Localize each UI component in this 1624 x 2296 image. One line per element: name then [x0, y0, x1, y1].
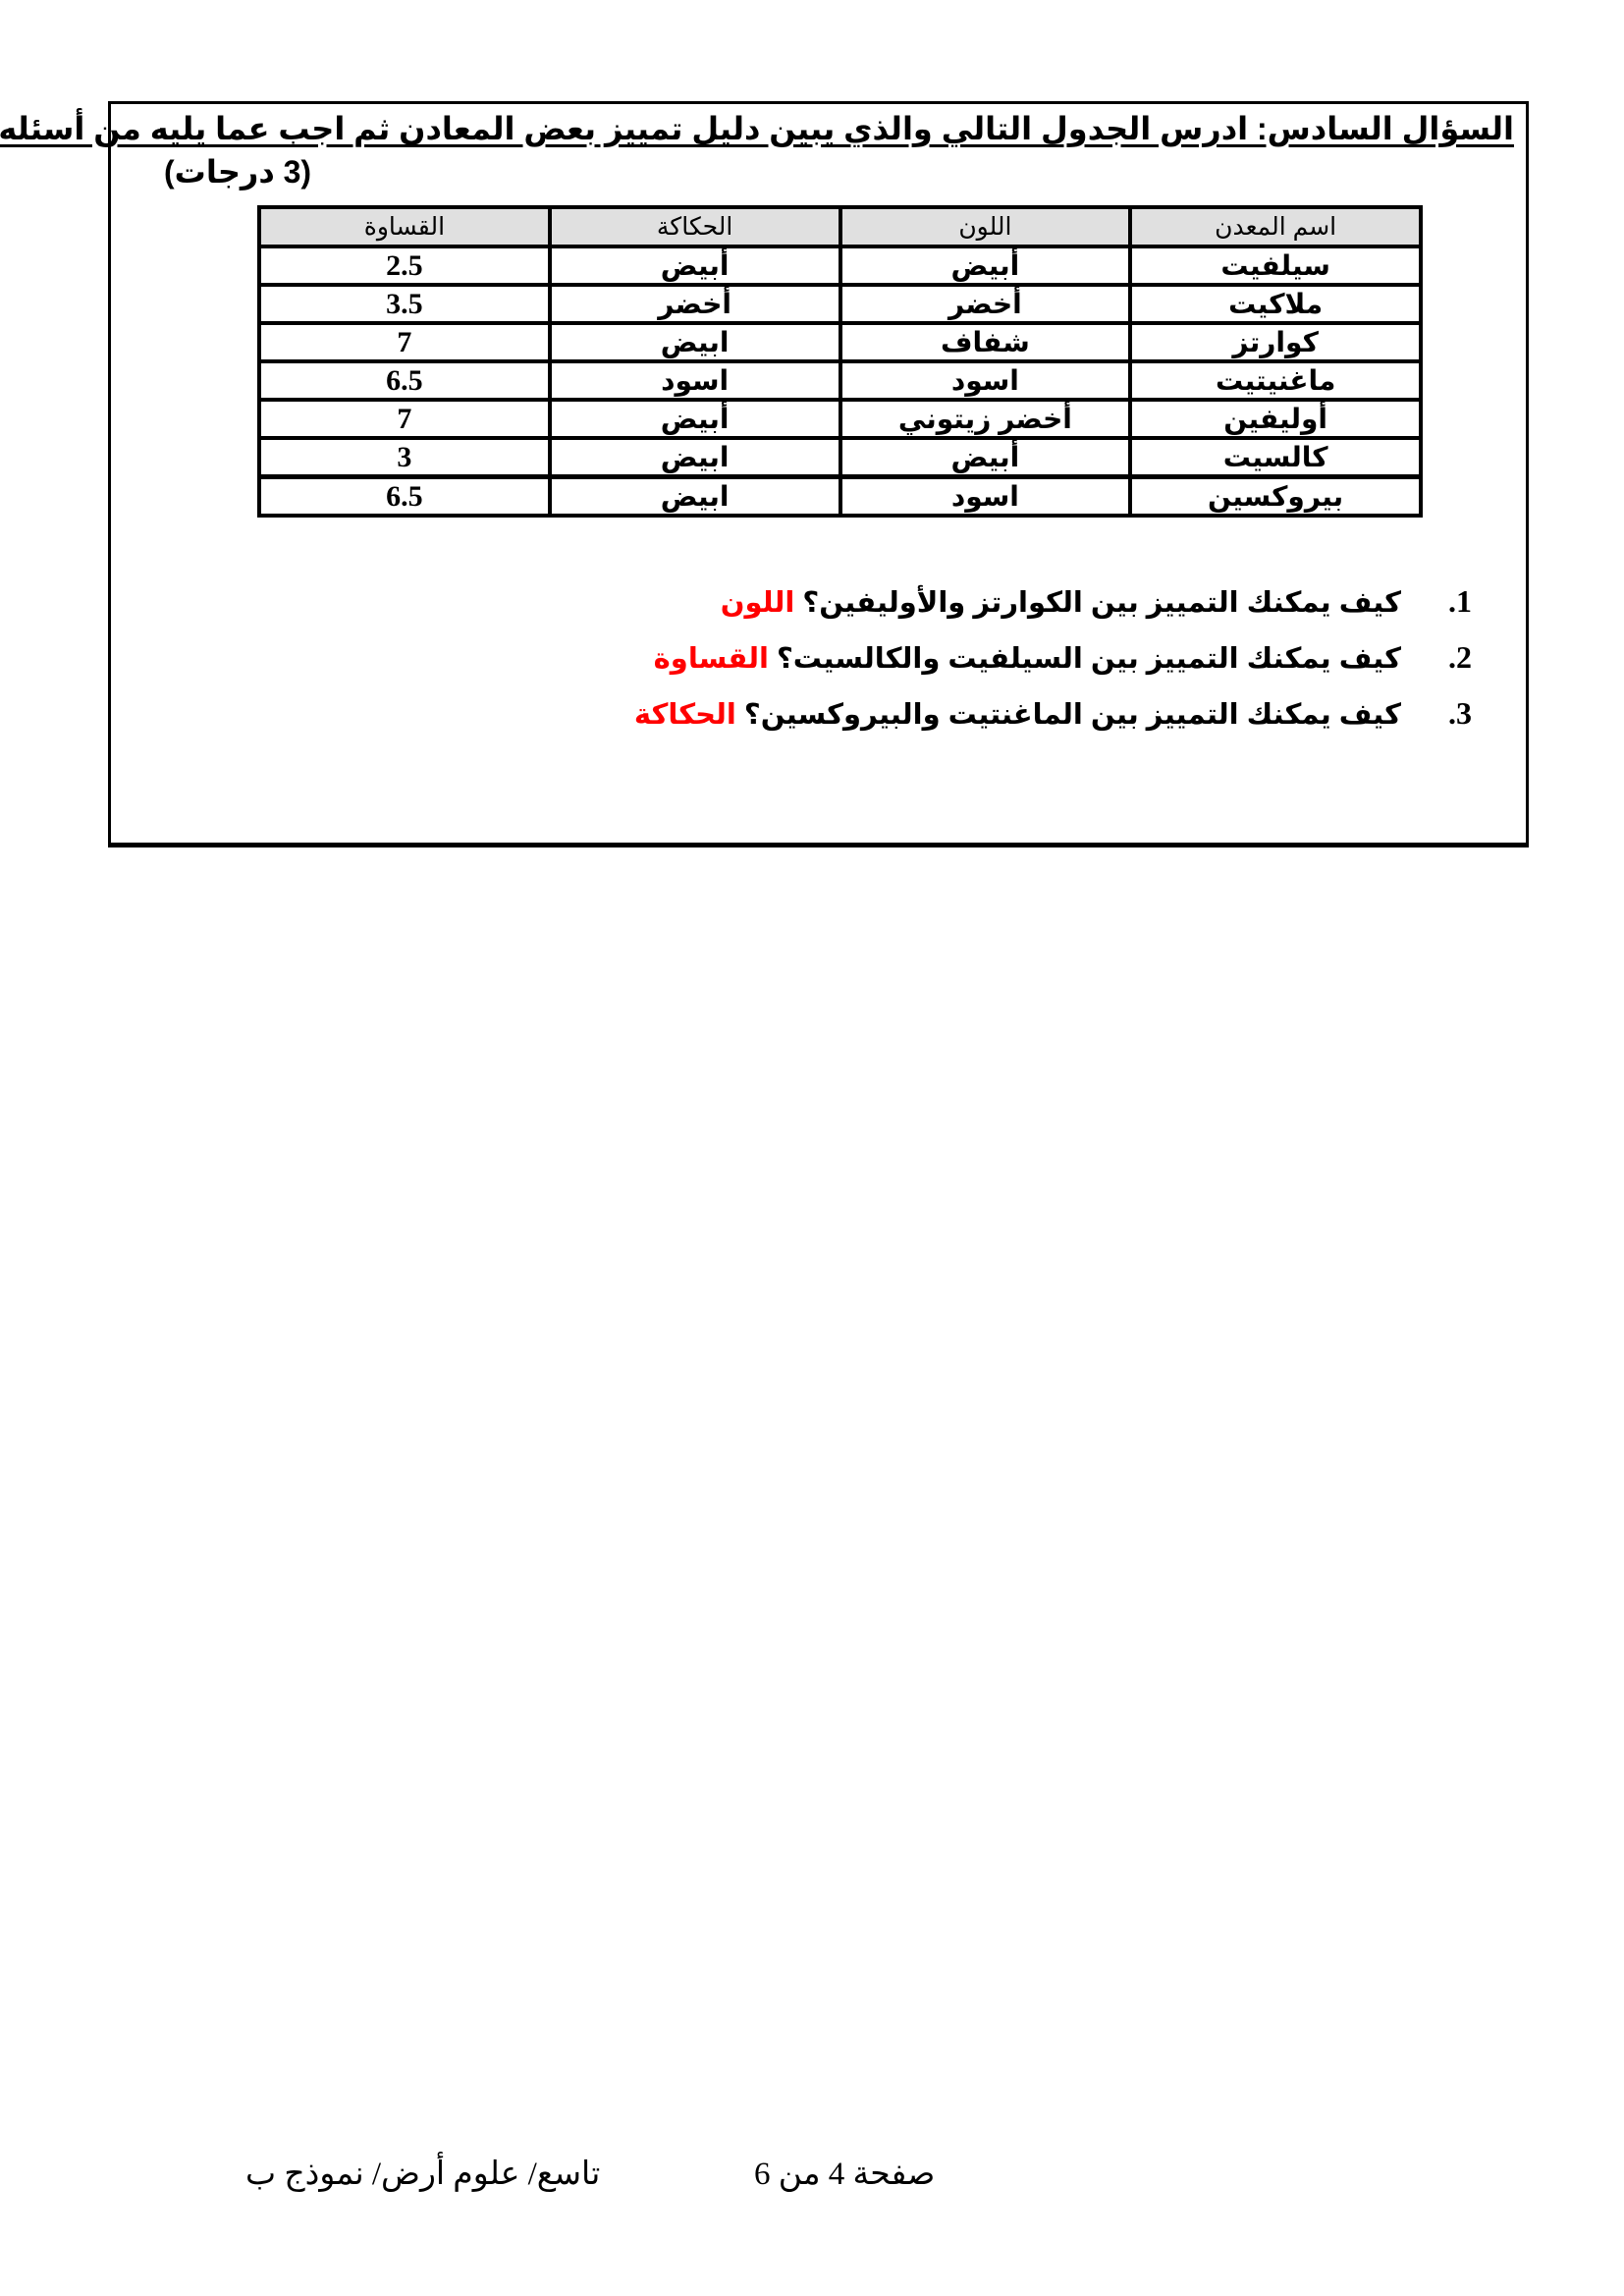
mineral-streak: ابيض — [550, 323, 840, 361]
mineral-streak: ابيض — [550, 438, 840, 477]
question-text: كيف يمكنك التمييز بين الماغنتيت والبيروك… — [744, 699, 1401, 731]
mineral-streak: أبيض — [550, 246, 840, 285]
table-row: كالسيت أبيض ابيض 3 — [259, 438, 1421, 477]
table-row: ماغنيتيت اسود اسود 6.5 — [259, 361, 1421, 400]
mineral-color: أخضر زيتوني — [840, 400, 1131, 438]
header-streak: الحكاكة — [550, 207, 840, 246]
mineral-streak: ابيض — [550, 477, 840, 517]
table-row: سيلفيت أبيض أبيض 2.5 — [259, 246, 1421, 285]
mineral-name: سيلفيت — [1130, 246, 1421, 285]
mineral-name: كوارتز — [1130, 323, 1421, 361]
question-number: 3. — [1423, 685, 1472, 741]
question-number: 1. — [1423, 574, 1472, 629]
mineral-color: شفاف — [840, 323, 1131, 361]
table-row: بيروكسين اسود ابيض 6.5 — [259, 477, 1421, 517]
header-hardness: القساوة — [259, 207, 550, 246]
mineral-name: ماغنيتيت — [1130, 361, 1421, 400]
mineral-hardness: 6.5 — [259, 477, 550, 517]
mineral-name: ملاكيت — [1130, 285, 1421, 323]
mineral-name: أوليفين — [1130, 400, 1421, 438]
question-item: 2.كيف يمكنك التمييز بين السيلفيت والكالس… — [634, 629, 1472, 685]
mineral-color: أبيض — [840, 438, 1131, 477]
minerals-table: اسم المعدن اللون الحكاكة القساوة سيلفيت … — [257, 205, 1423, 518]
mineral-hardness: 3.5 — [259, 285, 550, 323]
mineral-streak: أخضر — [550, 285, 840, 323]
mineral-color: اسود — [840, 361, 1131, 400]
table-row: أوليفين أخضر زيتوني أبيض 7 — [259, 400, 1421, 438]
mineral-color: أبيض — [840, 246, 1131, 285]
question-box: السؤال السادس: ادرس الجدول التالي والذي … — [108, 101, 1529, 847]
question-item: 1.كيف يمكنك التمييز بين الكوارتز والأولي… — [634, 574, 1472, 629]
question-answer: الحكاكة — [634, 699, 736, 731]
question-text: كيف يمكنك التمييز بين السيلفيت والكالسيت… — [777, 643, 1401, 675]
question-number: 2. — [1423, 629, 1472, 685]
table-row: ملاكيت أخضر أخضر 3.5 — [259, 285, 1421, 323]
mineral-name: كالسيت — [1130, 438, 1421, 477]
questions-list: 1.كيف يمكنك التمييز بين الكوارتز والأولي… — [634, 574, 1472, 741]
question-text: كيف يمكنك التمييز بين الكوارتز والأوليفي… — [802, 587, 1401, 619]
mineral-color: أخضر — [840, 285, 1131, 323]
question-title: السؤال السادس: ادرس الجدول التالي والذي … — [0, 110, 1514, 147]
mineral-hardness: 6.5 — [259, 361, 550, 400]
mineral-streak: اسود — [550, 361, 840, 400]
mineral-hardness: 2.5 — [259, 246, 550, 285]
question-answer: القساوة — [654, 643, 769, 675]
question-item: 3.كيف يمكنك التمييز بين الماغنتيت والبير… — [634, 685, 1472, 741]
mineral-hardness: 7 — [259, 323, 550, 361]
mineral-name: بيروكسين — [1130, 477, 1421, 517]
footer-page-number: صفحة 4 من 6 — [754, 2154, 935, 2193]
header-color: اللون — [840, 207, 1131, 246]
mineral-hardness: 3 — [259, 438, 550, 477]
mineral-color: اسود — [840, 477, 1131, 517]
mineral-streak: أبيض — [550, 400, 840, 438]
table-row: كوارتز شفاف ابيض 7 — [259, 323, 1421, 361]
table-header-row: اسم المعدن اللون الحكاكة القساوة — [259, 207, 1421, 246]
question-answer: اللون — [721, 587, 795, 619]
footer-course-label: تاسع/ علوم أرض/ نموذج ب — [245, 2154, 600, 2193]
header-mineral-name: اسم المعدن — [1130, 207, 1421, 246]
marks-label: (3 درجات) — [164, 153, 311, 191]
mineral-hardness: 7 — [259, 400, 550, 438]
